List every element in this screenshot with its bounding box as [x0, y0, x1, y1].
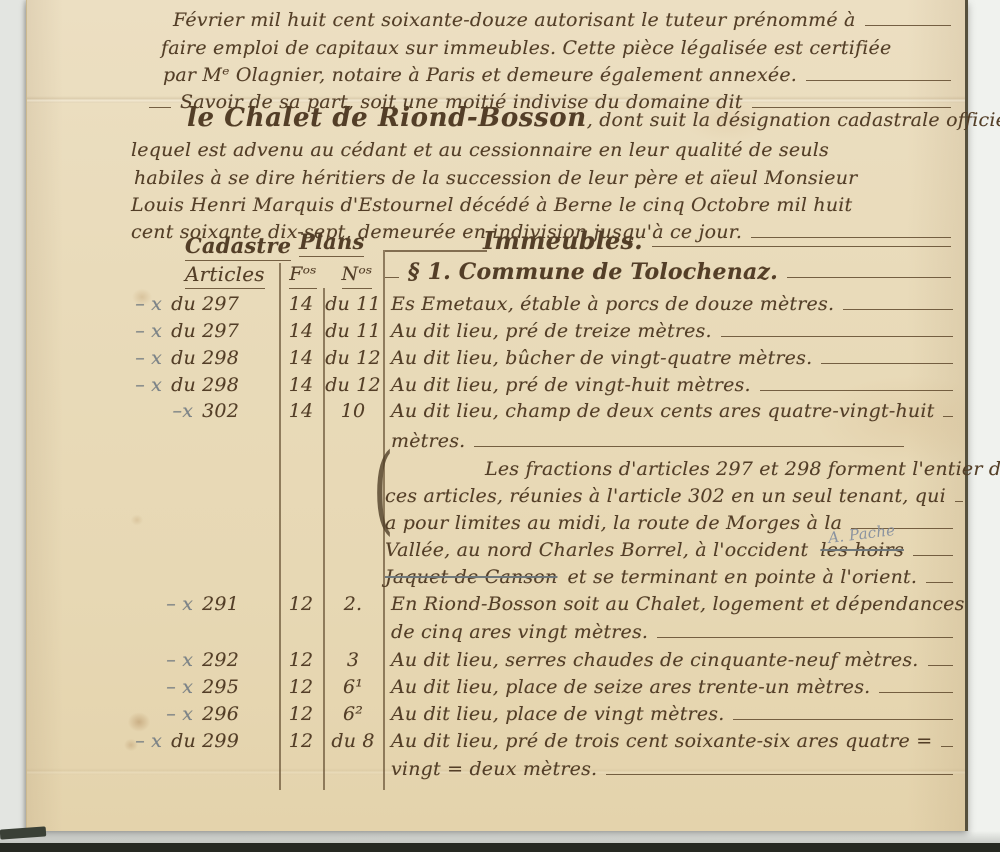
header-section: § 1. Commune de Tolochenaz.: [385, 260, 953, 284]
note-text: Les fractions d'articles 297 et 298 form…: [485, 457, 1000, 481]
parcel-description: Au dit lieu, bûcher de vingt-quatre mètr…: [391, 346, 812, 370]
article-number: du 299: [171, 729, 239, 753]
header-cadastre-label: Cadastre: [185, 234, 291, 261]
scanner-shadow-band: [0, 831, 1000, 843]
header-folio: Fᵒˢ: [283, 262, 323, 289]
plan-number: 6¹: [343, 675, 363, 699]
article-number: 292: [202, 648, 239, 672]
folio-number: 12: [289, 675, 314, 699]
plan-number: 10: [341, 399, 366, 423]
plan-number: du 11: [325, 292, 381, 316]
parcel-description: Au dit lieu, pré de trois cent soixante-…: [391, 729, 932, 753]
parcel-description: Es Emetaux, étable à porcs de douze mètr…: [391, 292, 834, 316]
section-title: § 1. Commune de Tolochenaz.: [408, 260, 778, 284]
article-number: 295: [202, 675, 239, 699]
body-text: Louis Henri Marquis d'Estournel décédé à…: [131, 193, 852, 217]
pencil-check-mark: – x: [166, 648, 193, 672]
pencil-check-mark: – x: [135, 729, 162, 753]
trailing-rule: [913, 555, 953, 556]
note-text: ces articles, réunies à l'article 302 en…: [385, 484, 946, 508]
trailing-rule: [941, 746, 953, 747]
header-articles: Articles: [185, 262, 265, 289]
domain-title: le Chalet de Riond-Bosson: [187, 104, 587, 132]
correction-group: A. Pache les hoirs: [820, 538, 904, 562]
body-text: lequel est advenu au cédant et au cessio…: [131, 138, 829, 162]
intro-text: Février mil huit cent soixante-douze aut…: [173, 8, 856, 32]
folio-number: 14: [289, 373, 314, 397]
body-line: Louis Henri Marquis d'Estournel décédé à…: [131, 193, 953, 217]
pencil-check-mark: – x: [135, 319, 162, 343]
pencil-check-mark: – x: [135, 373, 162, 397]
folio-number: 14: [289, 292, 314, 316]
trailing-rule: [879, 692, 953, 693]
article-number: du 298: [171, 346, 239, 370]
header-plans-label: Plans: [299, 230, 364, 257]
intro-text: faire emploi de capitaux sur immeubles. …: [161, 36, 891, 60]
pencil-check-mark: –x: [173, 399, 194, 423]
article-number: du 298: [171, 373, 239, 397]
trailing-rule: [606, 774, 953, 775]
article-number: du 297: [171, 292, 239, 316]
trailing-rule: [843, 309, 953, 310]
trailing-rule: [806, 80, 951, 81]
plan-number: du 11: [325, 319, 381, 343]
trailing-rule: [926, 582, 953, 583]
parcel-description: Au dit lieu, pré de vingt-huit mètres.: [391, 373, 751, 397]
parcel-description: Au dit lieu, pré de treize mètres.: [391, 319, 712, 343]
plan-number: du 12: [325, 346, 381, 370]
header-articles-label: Articles: [185, 262, 265, 289]
trailing-rule: [865, 25, 951, 26]
plan-number: 3: [347, 648, 359, 672]
pencil-check-mark: – x: [135, 346, 162, 370]
leading-rule: [149, 107, 171, 108]
trailing-rule: [821, 363, 953, 364]
trailing-rule: [657, 637, 953, 638]
header-numeros-label: Nᵒˢ: [342, 262, 373, 289]
parcel-description: Au dit lieu, champ de deux cents ares qu…: [391, 399, 934, 423]
note-line: Jaquet de Canson et se terminant en poin…: [385, 565, 955, 589]
note-line: ces articles, réunies à l'article 302 en…: [385, 484, 955, 508]
header-immeubles: Immeubles.: [391, 229, 953, 253]
plan-number: 2.: [344, 592, 363, 616]
folio-number: 12: [289, 702, 314, 726]
trailing-rule: [760, 390, 953, 391]
header-folio-label: Fᵒˢ: [289, 262, 317, 289]
domain-title-rest: , dont suit la désignation cadastrale of…: [587, 108, 1000, 132]
plan-number: 6²: [343, 702, 363, 726]
domain-title-line: le Chalet de Riond-Bosson , dont suit la…: [187, 104, 953, 132]
note-text: a pour limites au midi, la route de Morg…: [385, 511, 842, 535]
pencil-check-mark: – x: [135, 292, 162, 316]
scanned-document-page: Février mil huit cent soixante-douze aut…: [26, 0, 968, 831]
header-cadastre: Cadastre: [185, 234, 291, 261]
parcel-description-continued: vingt = deux mètres.: [391, 757, 597, 781]
intro-line: par Mᵉ Olagnier, notaire à Paris et deme…: [163, 63, 953, 87]
trailing-rule: [652, 246, 951, 247]
parcel-description: Au dit lieu, serres chaudes de cinquante…: [391, 648, 919, 672]
trailing-rule: [955, 501, 963, 502]
parcel-description-continued: de cinq ares vingt mètres.: [391, 620, 648, 644]
note-text: et se terminant en pointe à l'orient.: [567, 565, 917, 589]
trailing-rule: [474, 446, 904, 447]
header-immeubles-label: Immeubles.: [483, 229, 643, 253]
parcel-description-continued: mètres.: [391, 429, 465, 453]
pencil-check-mark: – x: [166, 675, 193, 699]
trailing-rule: [943, 416, 953, 417]
trailing-rule: [733, 719, 953, 720]
struck-text: Jaquet de Canson: [385, 565, 557, 589]
note-line: Les fractions d'articles 297 et 298 form…: [385, 457, 955, 481]
parcel-description: Au dit lieu, place de seize ares trente-…: [391, 675, 870, 699]
folio-number: 14: [289, 346, 314, 370]
folio-number: 12: [289, 592, 314, 616]
parcel-description: En Riond-Bosson soit au Chalet, logement…: [391, 592, 965, 616]
article-number: 302: [202, 399, 239, 423]
body-text: habiles à se dire héritiers de la succes…: [134, 166, 857, 190]
intro-line: faire emploi de capitaux sur immeubles. …: [161, 36, 953, 60]
pencil-check-mark: – x: [166, 702, 193, 726]
article-number: 296: [202, 702, 239, 726]
leading-rule: [385, 277, 399, 278]
header-numeros: Nᵒˢ: [329, 262, 385, 289]
folio-number: 12: [289, 729, 314, 753]
trailing-rule: [928, 665, 953, 666]
body-line: lequel est advenu au cédant et au cessio…: [131, 138, 953, 162]
folio-number: 12: [289, 648, 314, 672]
intro-line: Février mil huit cent soixante-douze aut…: [173, 8, 953, 32]
pencil-check-mark: – x: [166, 592, 193, 616]
folio-number: 14: [289, 319, 314, 343]
scanner-edge-band: [0, 843, 1000, 852]
plan-number: du 8: [331, 729, 374, 753]
plan-number: du 12: [325, 373, 381, 397]
parcel-description: Au dit lieu, place de vingt mètres.: [391, 702, 724, 726]
folio-number: 14: [289, 399, 314, 423]
trailing-rule: [721, 336, 953, 337]
intro-text: par Mᵉ Olagnier, notaire à Paris et deme…: [163, 63, 797, 87]
body-line: habiles à se dire héritiers de la succes…: [134, 166, 953, 190]
header-plans: Plans: [299, 230, 364, 257]
note-text: Vallée, au nord Charles Borrel, à l'occi…: [385, 538, 808, 562]
article-number: 291: [202, 592, 239, 616]
note-line: Vallée, au nord Charles Borrel, à l'occi…: [385, 538, 955, 562]
article-number: du 297: [171, 319, 239, 343]
trailing-rule: [787, 277, 951, 278]
